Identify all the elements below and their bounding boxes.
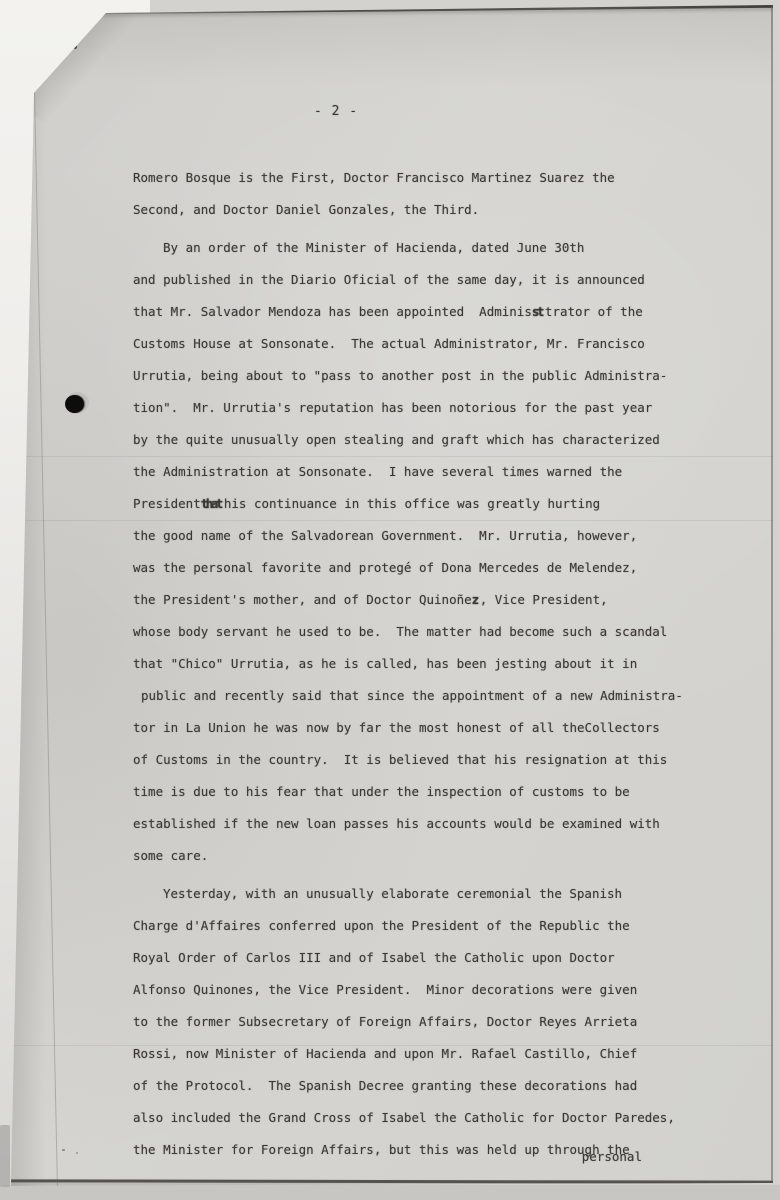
text-line: Yesterday, with an unusually elaborate c…: [133, 878, 685, 910]
text-line: established if the new loan passes his a…: [133, 808, 685, 840]
text-segment: Yesterday, with an unusually elaborate c…: [163, 886, 622, 901]
text-segment: and published in the Diario Oficial of t…: [133, 272, 645, 287]
text-line: Urrutia, being about to "pass to another…: [133, 360, 685, 392]
text-segment: some care.: [133, 848, 208, 863]
text-segment: Urrutia, being about to "pass to another…: [133, 368, 667, 383]
paragraph: Yesterday, with an unusually elaborate c…: [133, 878, 685, 1166]
text-line: that "Chico" Urrutia, as he is called, h…: [133, 648, 685, 680]
ink-speck: [62, 1149, 65, 1151]
page-bottom-edge: [8, 1179, 774, 1183]
text-segment: By an order of the Minister of Hacienda,…: [163, 240, 584, 255]
text-line: the President's mother, and of Doctor Qu…: [133, 584, 685, 616]
text-line: time is due to his fear that under the i…: [133, 776, 685, 808]
page-number: - 2 -: [314, 103, 358, 121]
text-line: Customs House at Sonsonate. The actual A…: [133, 328, 685, 360]
punch-hole: [65, 395, 84, 413]
text-line: of the Protocol. The Spanish Decree gran…: [133, 1070, 685, 1102]
text-line: to the former Subsecretary of Foreign Af…: [133, 1006, 685, 1038]
page-top-edge: [100, 5, 780, 14]
text-line: and published in the Diario Oficial of t…: [133, 264, 685, 296]
text-line: some care.: [133, 840, 685, 872]
page-bottom-left-shadow: [0, 1125, 10, 1187]
text-segment: his continuance in this office was great…: [224, 496, 600, 511]
text-segment: Customs House at Sonsonate. The actual A…: [133, 336, 645, 351]
ink-speck: [76, 1152, 78, 1154]
text-segment: by the quite unusually open stealing and…: [133, 432, 660, 447]
text-line: that Mr. Salvador Mendoza has been appoi…: [133, 296, 685, 328]
text-line: of Customs in the country. It is believe…: [133, 744, 685, 776]
catchword: personal: [133, 1148, 678, 1166]
text-segment: , Vice President,: [480, 592, 608, 607]
paragraph: Romero Bosque is the First, Doctor Franc…: [133, 162, 685, 226]
text-segment: public and recently said that since the …: [141, 688, 683, 703]
text-line: tor in La Union he was now by far the mo…: [133, 712, 685, 744]
text-segment: Rossi, now Minister of Hacienda and upon…: [133, 1046, 637, 1061]
text-line: by the quite unusually open stealing and…: [133, 424, 685, 456]
text-segment: tor in La Union he was now by far the mo…: [133, 720, 660, 735]
text-segment: Royal Order of Carlos III and of Isabel …: [133, 950, 615, 965]
text-line: also included the Grand Cross of Isabel …: [133, 1102, 685, 1134]
text-line: Second, and Doctor Daniel Gonzales, the …: [133, 194, 685, 226]
text-segment: established if the new loan passes his a…: [133, 816, 660, 831]
text-line: whose body servant he used to be. The ma…: [133, 616, 685, 648]
overstruck-text: z: [472, 592, 477, 607]
text-segment: of Customs in the country. It is believe…: [133, 752, 667, 767]
text-segment: whose body servant he used to be. The ma…: [133, 624, 667, 639]
text-segment: that "Chico" Urrutia, as he is called, h…: [133, 656, 637, 671]
text-line: Rossi, now Minister of Hacienda and upon…: [133, 1038, 685, 1070]
text-segment: the Administration at Sonsonate. I have …: [133, 464, 622, 479]
text-line: tion". Mr. Urrutia's reputation has been…: [133, 392, 685, 424]
text-segment: also included the Grand Cross of Isabel …: [133, 1110, 675, 1125]
text-segment: that Mr. Salvador Mendoza has been appoi…: [133, 304, 532, 319]
overstruck-text: st: [532, 304, 542, 319]
text-segment: Second, and Doctor Daniel Gonzales, the …: [133, 202, 479, 217]
text-segment: tion". Mr. Urrutia's reputation has been…: [133, 400, 652, 415]
overstruck-text: that: [201, 496, 221, 511]
text-segment: Alfonso Quinones, the Vice President. Mi…: [133, 982, 637, 997]
text-line: the good name of the Salvadorean Governm…: [133, 520, 685, 552]
text-segment: the good name of the Salvadorean Governm…: [133, 528, 637, 543]
text-segment: Charge d'Affaires conferred upon the Pre…: [133, 918, 630, 933]
text-segment: the President's mother, and of Doctor Qu…: [133, 592, 472, 607]
text-line: By an order of the Minister of Hacienda,…: [133, 232, 685, 264]
text-segment: Romero Bosque is the First, Doctor Franc…: [133, 170, 615, 185]
text-line: Presidentthathis continuance in this off…: [133, 488, 685, 520]
text-line: Alfonso Quinones, the Vice President. Mi…: [133, 974, 685, 1006]
text-segment: time is due to his fear that under the i…: [133, 784, 630, 799]
text-line: Charge d'Affaires conferred upon the Pre…: [133, 910, 685, 942]
text-line: was the personal favorite and protegé of…: [133, 552, 685, 584]
text-segment: of the Protocol. The Spanish Decree gran…: [133, 1078, 637, 1093]
text-segment: trator of the: [545, 304, 643, 319]
text-segment: was the personal favorite and protegé of…: [133, 560, 637, 575]
document-body: Romero Bosque is the First, Doctor Franc…: [133, 162, 685, 1166]
page-right-edge: [771, 4, 773, 1184]
text-line: Royal Order of Carlos III and of Isabel …: [133, 942, 685, 974]
text-line: public and recently said that since the …: [141, 680, 685, 712]
scanned-page: - 2 - Romero Bosque is the First, Doctor…: [0, 0, 780, 1200]
text-segment: President: [133, 496, 201, 511]
text-line: the Administration at Sonsonate. I have …: [133, 456, 685, 488]
paragraph: By an order of the Minister of Hacienda,…: [133, 232, 685, 872]
text-segment: to the former Subsecretary of Foreign Af…: [133, 1014, 637, 1029]
text-line: Romero Bosque is the First, Doctor Franc…: [133, 162, 685, 194]
surface-below-page: [0, 1185, 780, 1200]
